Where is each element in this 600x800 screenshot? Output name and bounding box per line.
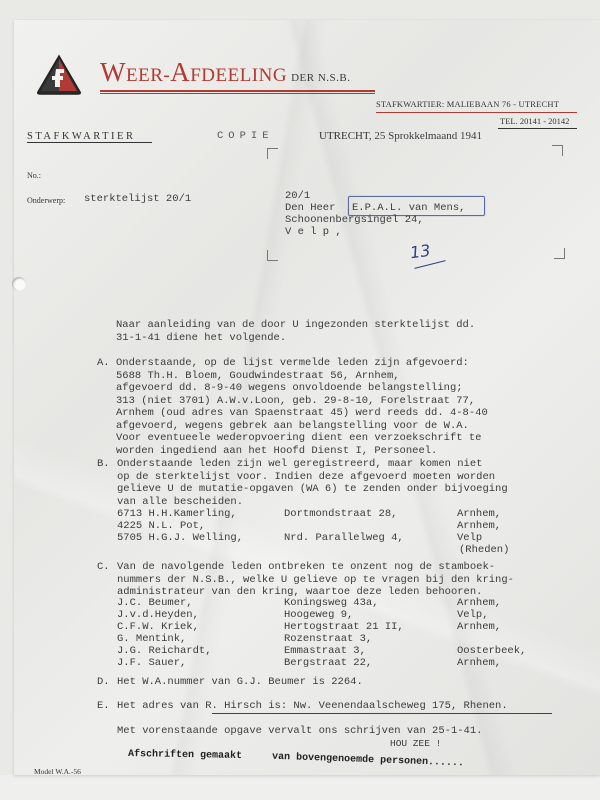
subject-label: Onderwerp:: [27, 196, 65, 205]
recipient-street: Schoonenbergsingel 24,: [285, 214, 424, 227]
member-address: Hoogeweg 9,: [284, 609, 353, 622]
department-label: STAFKWARTIER: [27, 131, 135, 142]
section-b-label: B.: [97, 458, 110, 471]
letter-date: 25 Sprokkelmaand 1941: [374, 130, 482, 142]
member-address: Hertogstraat 21 II,: [284, 621, 404, 634]
window-corner-mark: [267, 148, 278, 159]
section-c-label: C.: [97, 561, 110, 574]
member-city-note: (Rheden): [459, 544, 509, 557]
subject-value: sterktelijst 20/1: [84, 193, 191, 206]
recipient-reference: 20/1: [285, 190, 310, 203]
address-divider: [376, 112, 577, 113]
section-e-text: Het adres van R. Hirsch is: Nw. Veenenda…: [117, 700, 508, 713]
member-city: Arnhem,: [457, 621, 501, 634]
member-address: Nrd. Parallelweg 4,: [284, 532, 404, 545]
member-city: Arnhem,: [457, 657, 501, 670]
place-label: UTRECHT,: [319, 130, 372, 142]
window-corner-mark: [267, 250, 278, 261]
section-c-text: Van de navolgende leden ontbreken te onz…: [117, 561, 514, 599]
section-e-underline: [212, 713, 552, 714]
member-name: J.v.d.Heyden,: [117, 609, 199, 622]
letterhead-address: STAFKWARTIER: MALIEBAAN 76 - UTRECHT: [376, 99, 559, 109]
copies-note-part-1: Afschriften gemaakt: [128, 749, 242, 762]
organization-name: WEER-AFDEELINGDER N.S.B.: [100, 57, 351, 88]
member-name: J.G. Reichardt,: [117, 645, 212, 658]
member-address: Bergstraat 22,: [284, 657, 372, 670]
letterhead-divider: [100, 90, 375, 94]
handwritten-number: 13: [409, 241, 432, 263]
name-stamp-box: [348, 196, 485, 216]
greeting: HOU ZEE !: [390, 738, 441, 751]
wa-triangle-logo-icon: [36, 54, 82, 96]
member-city: Arnhem,: [457, 597, 501, 610]
section-b-text: Onderstaande leden zijn wel geregistreer…: [117, 458, 508, 508]
member-name: 6713 H.H.Kamerling,: [117, 508, 237, 521]
member-address: Dortmondstraat 28,: [284, 508, 397, 521]
member-city: Arnhem,: [457, 520, 501, 533]
section-a-text: Onderstaande, op de lijst vermelde leden…: [116, 357, 488, 457]
member-name: C.F.W. Kriek,: [117, 621, 199, 634]
place-date: UTRECHT, 25 Sprokkelmaand 1941: [319, 130, 482, 143]
section-a-label: A.: [97, 357, 110, 370]
member-address: Emmastraat 3,: [284, 645, 366, 658]
member-name: 5705 H.G.J. Welling,: [117, 532, 243, 545]
member-city: Velp: [457, 532, 482, 545]
telephone-divider: [498, 128, 577, 129]
closing-line: Met vorenstaande opgave vervalt ons schr…: [117, 725, 482, 738]
section-d-label: D.: [97, 676, 110, 689]
member-city: Oosterbeek,: [457, 645, 526, 658]
section-e-label: E.: [97, 700, 110, 713]
section-d-text: Het W.A.nummer van G.J. Beumer is 2264.: [117, 676, 363, 689]
letterhead-telephone: TEL. 20141 - 20142: [500, 116, 569, 126]
member-name: J.F. Sauer,: [117, 657, 186, 670]
member-name: J.C. Beumer,: [117, 597, 193, 610]
recipient-salutation: Den Heer: [285, 202, 335, 215]
copy-mark: COPIE: [217, 130, 274, 142]
form-model-number: Model W.A.-56: [34, 767, 81, 776]
member-address: Koningsweg 43a,: [284, 597, 379, 610]
background-surface: [0, 775, 600, 800]
punch-hole: [12, 277, 26, 291]
number-label: No.:: [27, 171, 41, 180]
member-address: Rozenstraat 3,: [284, 633, 372, 646]
member-name: G. Mentink,: [117, 633, 186, 646]
department-underline: [27, 142, 152, 143]
intro-paragraph: Naar aanleiding van de door U ingezonden…: [116, 319, 475, 344]
window-corner-mark: [554, 248, 565, 259]
member-name: 4225 N.L. Pot,: [117, 520, 205, 533]
recipient-city: V e l p ,: [285, 226, 342, 239]
window-corner-mark: [552, 145, 563, 156]
member-city: Velp,: [457, 609, 489, 622]
member-city: Arnhem,: [457, 508, 501, 521]
